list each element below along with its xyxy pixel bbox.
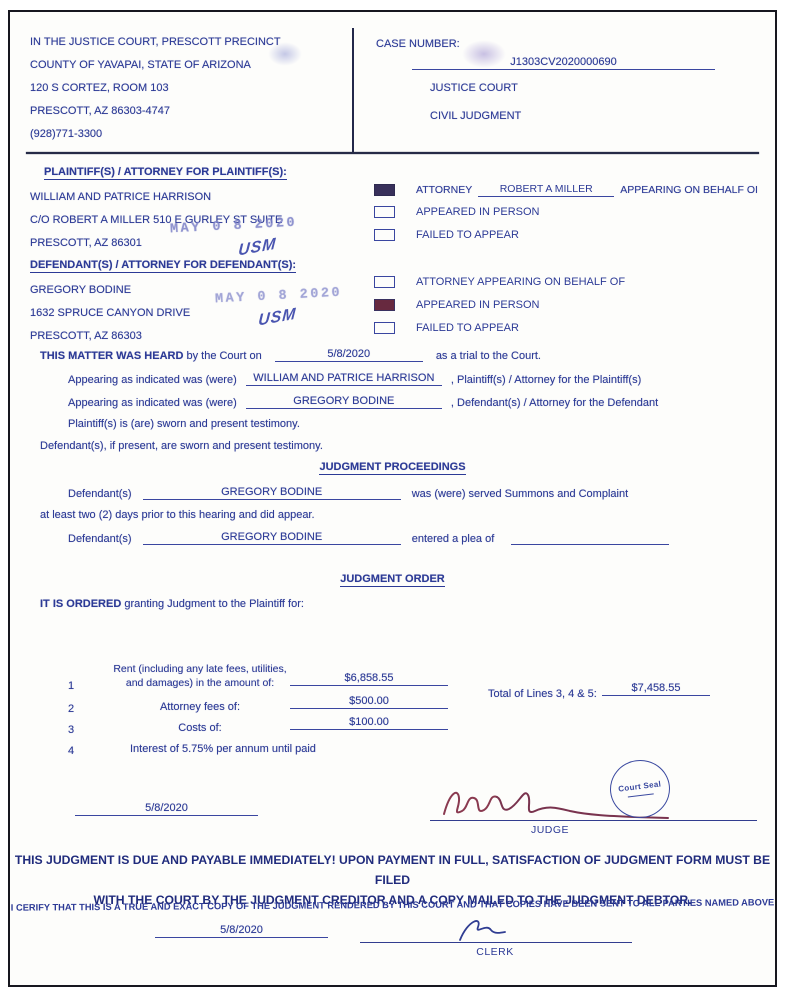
clerk-date-value: 5/8/2020 bbox=[155, 924, 328, 938]
matter-heard-bold: THIS MATTER WAS HEARD bbox=[40, 350, 183, 362]
appearing-defendant-value: GREGORY BODINE bbox=[246, 395, 442, 409]
line-item-number: 2 bbox=[68, 703, 74, 715]
court-street-line: 120 S CORTEZ, ROOM 103 bbox=[30, 82, 169, 94]
appearing-plaintiff-value: WILLIAM AND PATRICE HARRISON bbox=[246, 372, 442, 386]
matter-heard-post: as a trial to the Court. bbox=[436, 350, 541, 362]
attorney-option-pre: ATTORNEY bbox=[416, 184, 472, 196]
served-continuation: at least two (2) days prior to this hear… bbox=[40, 509, 315, 521]
appearing-plaintiff-post: , Plaintiff(s) / Attorney for the Plaint… bbox=[451, 374, 641, 386]
order-intro-rest: granting Judgment to the Plaintiff for: bbox=[124, 598, 304, 610]
received-date-stamp: MAY 0 8 2020 bbox=[215, 286, 343, 308]
plaintiff-sworn-statement: Plaintiff(s) is (are) sworn and present … bbox=[68, 418, 300, 430]
line-item-amount: $500.00 bbox=[290, 695, 448, 709]
stamp-initials-handwriting: USM bbox=[258, 305, 297, 330]
checkbox-checked-icon bbox=[374, 184, 395, 196]
order-intro-bold: IT IS ORDERED bbox=[40, 598, 121, 610]
stamp-initials-handwriting: USM bbox=[238, 235, 277, 260]
option-label: FAILED TO APPEAR bbox=[416, 229, 519, 241]
served-post: was (were) served Summons and Complaint bbox=[412, 488, 628, 500]
defendant-city: PRESCOTT, AZ 86303 bbox=[30, 330, 142, 342]
case-number-value: J1303CV2020000690 bbox=[412, 56, 715, 70]
defendant-name: GREGORY BODINE bbox=[30, 284, 131, 296]
judge-date-value: 5/8/2020 bbox=[75, 802, 258, 816]
option-label: ATTORNEY APPEARING ON BEHALF OF bbox=[416, 276, 625, 288]
checkbox-unchecked-icon bbox=[374, 229, 395, 241]
checkbox-checked-icon bbox=[374, 299, 395, 311]
served-defendant-value: GREGORY BODINE bbox=[143, 486, 401, 500]
plea-post: entered a plea of bbox=[412, 533, 495, 545]
checkbox-unchecked-icon bbox=[374, 276, 395, 288]
attorney-option-post: APPEARING ON BEHALF OI bbox=[620, 184, 758, 196]
served-label: Defendant(s) bbox=[68, 488, 132, 500]
option-label: APPEARED IN PERSON bbox=[416, 206, 539, 218]
header-divider-horizontal bbox=[26, 152, 759, 154]
judge-label: JUDGE bbox=[480, 824, 620, 836]
defendant-sworn-statement: Defendant(s), if present, are sworn and … bbox=[40, 440, 323, 452]
hearing-date-value: 5/8/2020 bbox=[275, 348, 423, 362]
defendant-option-in-person: APPEARED IN PERSON bbox=[374, 299, 539, 311]
total-label: Total of Lines 3, 4 & 5: bbox=[488, 688, 597, 700]
court-type: JUSTICE COURT bbox=[430, 82, 518, 94]
court-county-line: COUNTY OF YAVAPAI, STATE OF ARIZONA bbox=[30, 59, 251, 71]
matter-heard-rest: by the Court on bbox=[186, 350, 261, 362]
court-seal-text: Court Seal bbox=[618, 779, 662, 793]
defendant-address: 1632 SPRUCE CANYON DRIVE bbox=[30, 307, 190, 319]
defendant-option-failed: FAILED TO APPEAR bbox=[374, 322, 519, 334]
scanned-civil-judgment-document: { "ink_colors": { "text": "#2c3a96", "st… bbox=[0, 0, 785, 998]
plaintiff-option-in-person: APPEARED IN PERSON bbox=[374, 206, 539, 218]
plaintiff-city: PRESCOTT, AZ 86301 bbox=[30, 237, 142, 249]
option-label: APPEARED IN PERSON bbox=[416, 299, 539, 311]
header-divider-vertical bbox=[352, 28, 354, 154]
court-phone-line: (928)771-3300 bbox=[30, 128, 102, 140]
plaintiff-section-heading: PLAINTIFF(S) / ATTORNEY FOR PLAINTIFF(S)… bbox=[44, 166, 287, 180]
attorney-name-value: ROBERT A MILLER bbox=[478, 183, 614, 197]
line-item-amount: $6,858.55 bbox=[290, 672, 448, 686]
checkbox-unchecked-icon bbox=[374, 322, 395, 334]
option-label: FAILED TO APPEAR bbox=[416, 322, 519, 334]
defendant-section-heading: DEFENDANT(S) / ATTORNEY FOR DEFENDANT(S)… bbox=[30, 259, 296, 273]
appearing-label: Appearing as indicated was (were) bbox=[68, 397, 237, 409]
plea-entry-blank bbox=[511, 543, 669, 545]
plaintiff-option-failed: FAILED TO APPEAR bbox=[374, 229, 519, 241]
document-type: CIVIL JUDGMENT bbox=[430, 110, 521, 122]
clerk-label: CLERK bbox=[420, 946, 570, 958]
checkbox-unchecked-icon bbox=[374, 206, 395, 218]
document-page: IN THE JUSTICE COURT, PRESCOTT PRECINCT … bbox=[8, 10, 777, 987]
line-item-number: 4 bbox=[68, 745, 74, 757]
plea-defendant-value: GREGORY BODINE bbox=[143, 531, 401, 545]
defendant-option-attorney: ATTORNEY APPEARING ON BEHALF OF bbox=[374, 276, 625, 288]
plaintiff-option-attorney: ATTORNEY ROBERT A MILLER APPEARING ON BE… bbox=[374, 183, 758, 197]
order-heading: JUDGMENT ORDER bbox=[340, 573, 445, 587]
case-number-label: CASE NUMBER: bbox=[376, 38, 460, 50]
line-item-label: Interest of 5.75% per annum until paid bbox=[130, 743, 316, 755]
total-value: $7,458.55 bbox=[602, 682, 710, 696]
court-city-line: PRESCOTT, AZ 86303-4747 bbox=[30, 105, 170, 117]
line-item-amount: $100.00 bbox=[290, 716, 448, 730]
line-item-label: Costs of: bbox=[95, 722, 305, 734]
line-item-number: 1 bbox=[68, 680, 74, 692]
proceedings-heading: JUDGMENT PROCEEDINGS bbox=[319, 461, 465, 475]
line-item-number: 3 bbox=[68, 724, 74, 736]
court-seal-squiggle bbox=[628, 793, 654, 797]
court-name-line: IN THE JUSTICE COURT, PRESCOTT PRECINCT bbox=[30, 36, 281, 48]
appearing-defendant-post: , Defendant(s) / Attorney for the Defend… bbox=[451, 397, 658, 409]
plaintiff-name: WILLIAM AND PATRICE HARRISON bbox=[30, 191, 211, 203]
appearing-label: Appearing as indicated was (were) bbox=[68, 374, 237, 386]
clerk-signature-handwriting bbox=[450, 914, 510, 944]
line-item-label: Attorney fees of: bbox=[95, 701, 305, 713]
line-item-label: Rent (including any late fees, utilities… bbox=[95, 662, 305, 690]
plea-label: Defendant(s) bbox=[68, 533, 132, 545]
